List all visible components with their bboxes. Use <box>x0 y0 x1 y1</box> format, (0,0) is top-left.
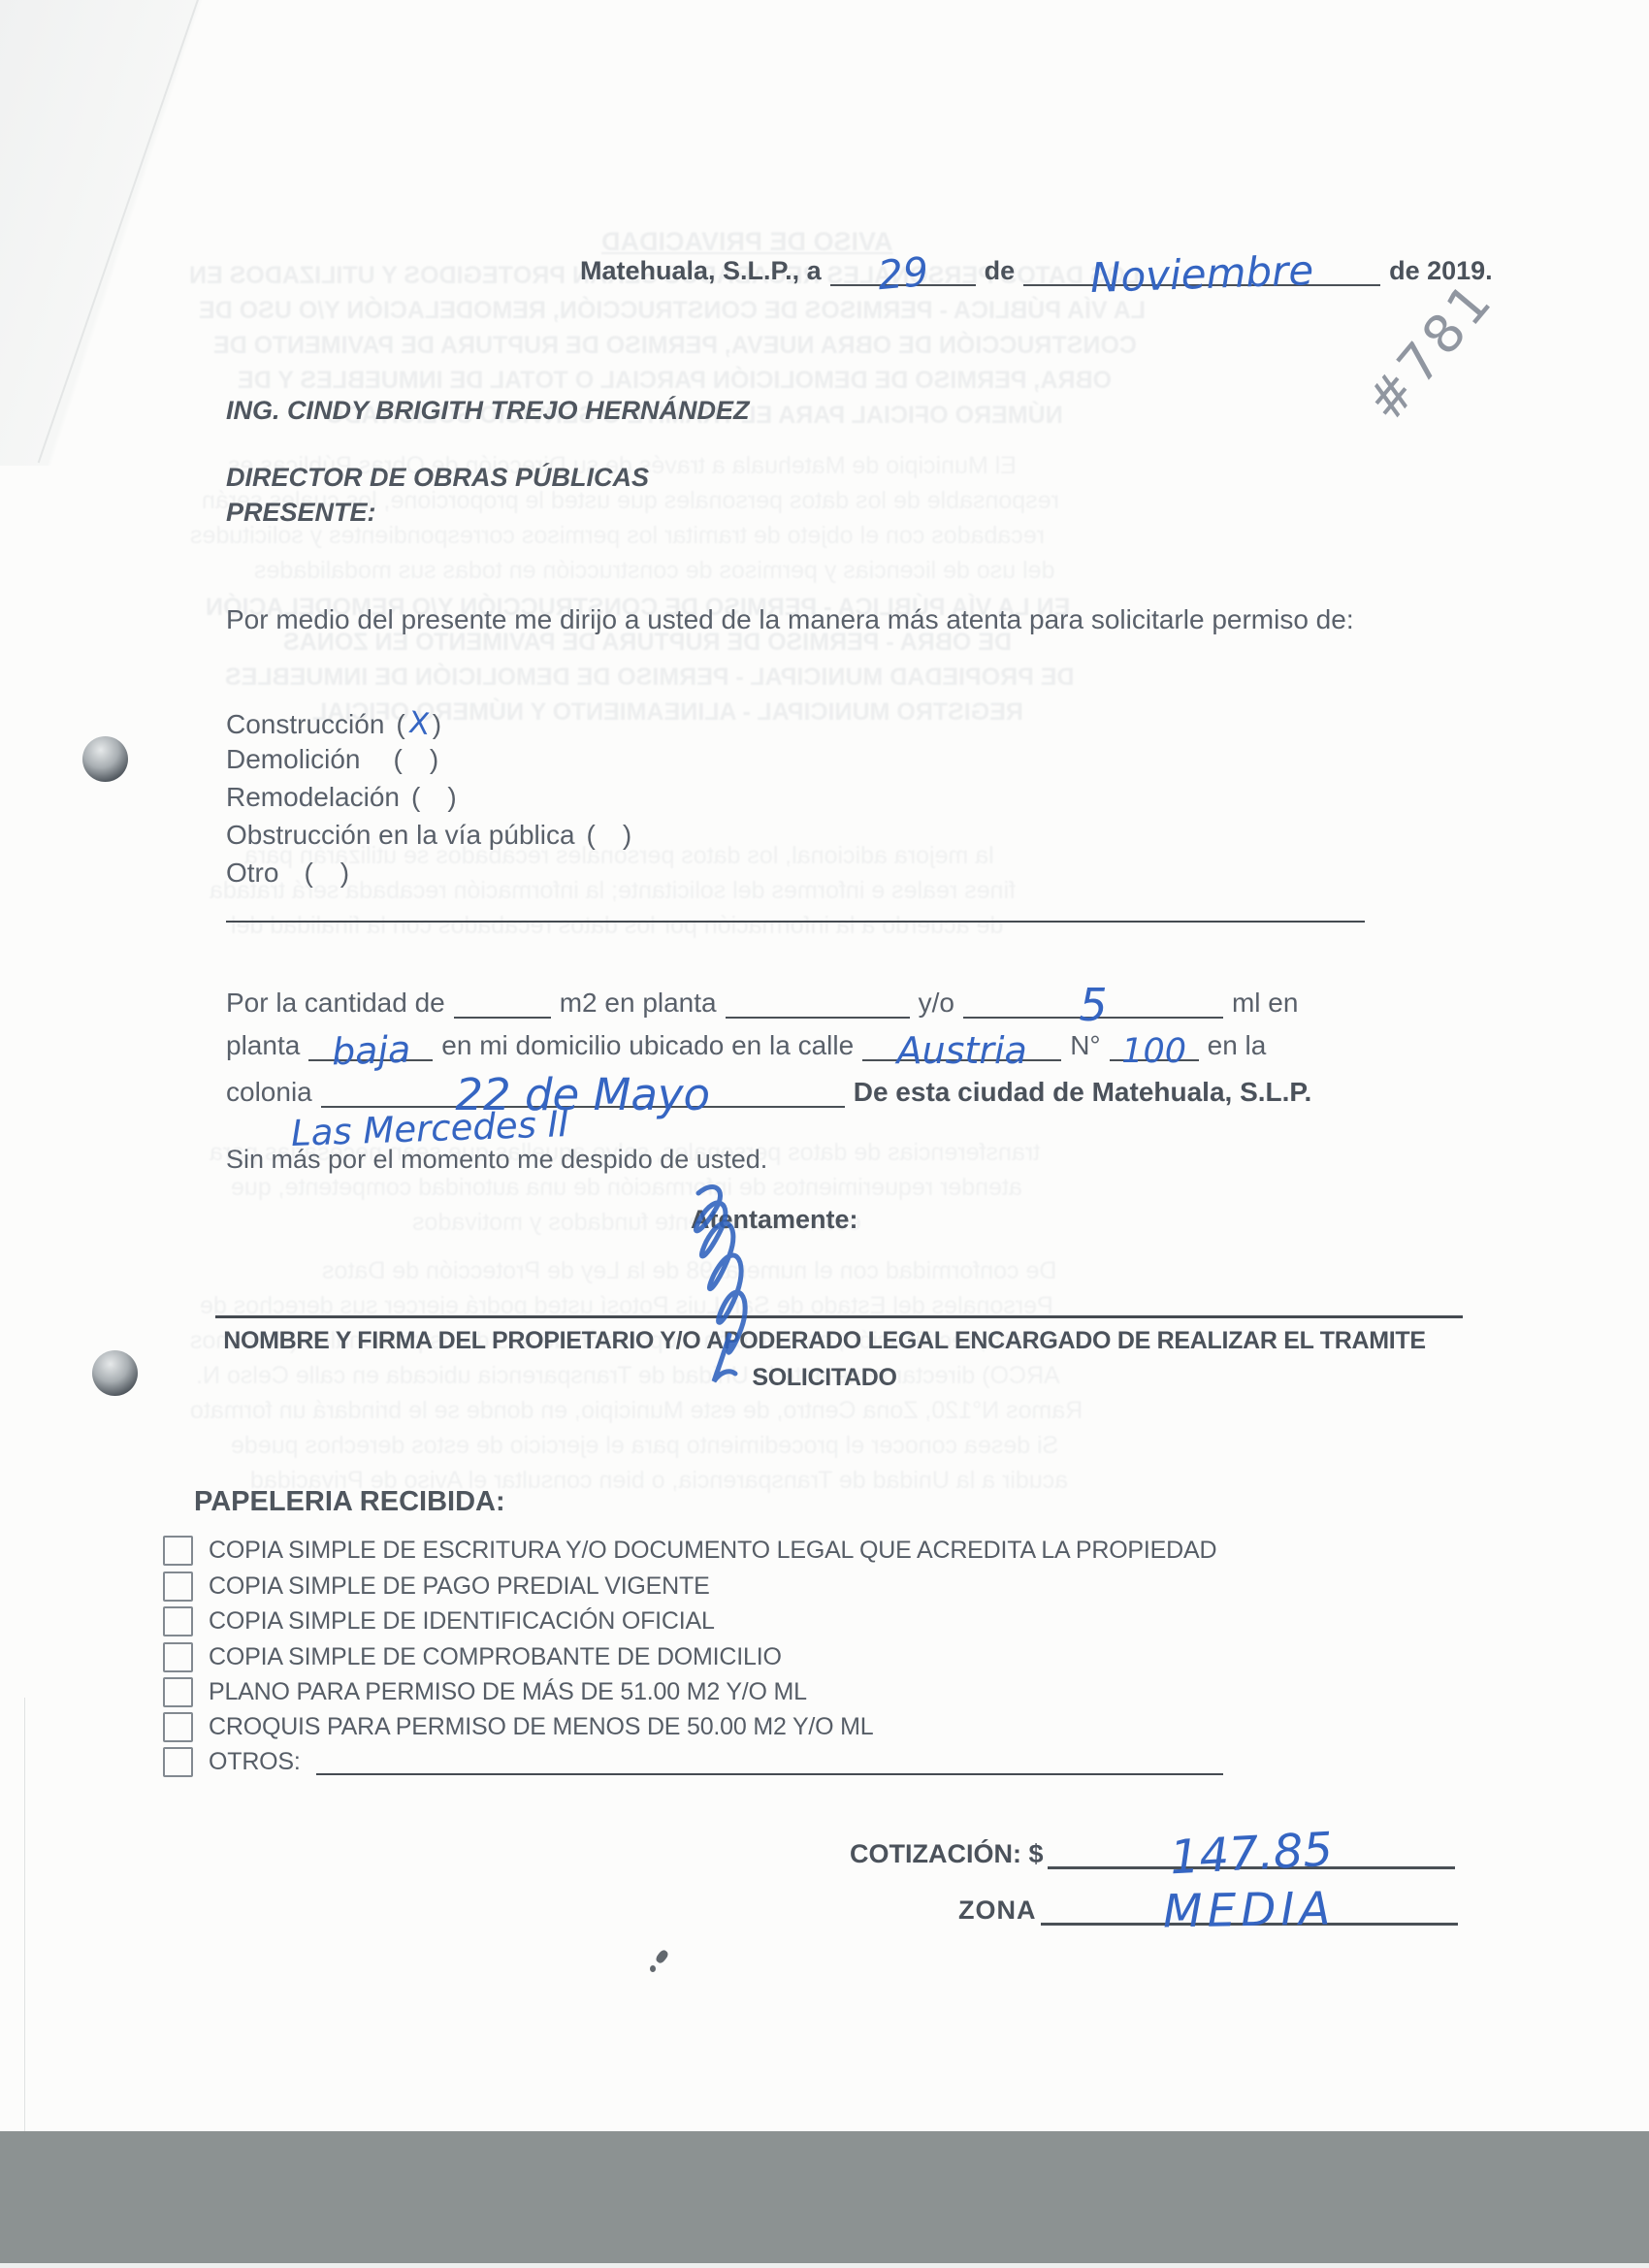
blank-underline <box>226 921 1365 923</box>
checklist-label: OTROS: <box>209 1748 301 1776</box>
handwritten-signature <box>656 1182 784 1390</box>
option-mark <box>420 809 447 812</box>
hole-punch-mark <box>82 736 128 782</box>
checkbox <box>163 1536 193 1566</box>
colonia-label: colonia <box>226 1077 312 1108</box>
bleed-through-line: OBRA, PERMISO DE DEMOLICIÓN PARCIAL O TO… <box>238 367 1112 395</box>
city-label: De esta ciudad de Matehuala, S.L.P. <box>854 1077 1312 1108</box>
option-mark: X <box>404 704 435 742</box>
date-day-value: 29 <box>876 258 929 291</box>
checkbox <box>163 1747 193 1777</box>
numero-field: 100 <box>1110 1040 1199 1061</box>
numero-value: 100 <box>1121 1040 1186 1064</box>
paren-open: ( <box>304 858 312 888</box>
option-checkbox: () <box>394 744 439 774</box>
cotizacion-row: COTIZACIÓN: $ 147.85 <box>850 1837 1455 1869</box>
checklist-item: COPIA SIMPLE DE PAGO PREDIAL VIGENTE <box>163 1571 710 1602</box>
permit-option-demolicion: Demolición() <box>226 744 438 775</box>
option-checkbox: () <box>304 858 349 888</box>
planta-value: baja <box>331 1036 410 1065</box>
checklist-item: COPIA SIMPLE DE IDENTIFICACIÓN OFICIAL <box>163 1606 715 1636</box>
checkbox <box>163 1571 193 1602</box>
calle-value: Austria <box>897 1038 1027 1064</box>
enla-label: en la <box>1208 1030 1267 1061</box>
option-checkbox: () <box>411 782 457 812</box>
bleed-through-line: CONSTRUCCIÓN DE OBRA NUEVA, PERMISO DE R… <box>213 332 1137 360</box>
paren-open: ( <box>394 744 403 774</box>
yo-label: y/o <box>919 988 954 1019</box>
checklist-item: PLANO PARA PERMISO DE MÁS DE 51.00 M2 Y/… <box>163 1677 807 1707</box>
checkbox <box>163 1606 193 1636</box>
checklist-label: PLANO PARA PERMISO DE MÁS DE 51.00 M2 Y/… <box>209 1678 807 1706</box>
bleed-through-line: Ramos N°120, Zona Centro, de este Munici… <box>190 1397 1083 1425</box>
quantity-line-1: Por la cantidad de m2 en planta y/o 5 ml… <box>226 988 1298 1019</box>
zona-value: MEDIA <box>1162 1893 1335 1928</box>
option-label: Otro <box>226 858 278 888</box>
bleed-through-line: de acuerdo a la información por los dato… <box>231 912 1003 940</box>
calle-field: Austria <box>862 1038 1061 1061</box>
numero-label: N° <box>1070 1030 1100 1061</box>
scanned-permit-request-form: AVISO DE PRIVACIDAD LOS DATOS PERSONALES… <box>0 0 1649 2268</box>
bleed-through-line: DE PROPIEDAD MUNICIPAL - PERMISO DE DEMO… <box>225 664 1075 692</box>
closing-line: Sin más por el momento me despido de ust… <box>226 1145 767 1175</box>
planta-alta-field <box>726 1017 910 1019</box>
bleed-through-line: del uso de licencias y permisos de const… <box>254 557 1054 585</box>
planta-field: baja <box>308 1038 433 1061</box>
otros-blank-line <box>316 1750 1223 1775</box>
checklist-label: COPIA SIMPLE DE COMPROBANTE DE DOMICILIO <box>209 1643 782 1671</box>
lead-label: Por la cantidad de <box>226 988 445 1019</box>
option-checkbox: (X) <box>396 709 441 739</box>
checklist-label: COPIA SIMPLE DE PAGO PREDIAL VIGENTE <box>209 1572 710 1601</box>
signature-caption-line1: NOMBRE Y FIRMA DEL PROPIETARIO Y/O APODE… <box>0 1327 1649 1355</box>
addressee-name: ING. CINDY BRIGITH TREJO HERNÁNDEZ <box>226 396 750 426</box>
ml-value: 5 <box>1079 989 1107 1021</box>
checklist-item: COPIA SIMPLE DE ESCRITURA Y/O DOCUMENTO … <box>163 1536 1216 1566</box>
option-checkbox: () <box>587 820 632 850</box>
date-line: Matehuala, S.L.P., a 29 de Noviembre de … <box>580 256 1493 286</box>
checklist-label: COPIA SIMPLE DE ESCRITURA Y/O DOCUMENTO … <box>209 1537 1216 1565</box>
checklist-item-otros: OTROS: <box>163 1747 1223 1777</box>
paren-close: ) <box>623 820 631 850</box>
cotizacion-label: COTIZACIÓN: $ <box>850 1839 1044 1869</box>
colonia-field: 22 de Mayo <box>321 1080 845 1108</box>
option-mark <box>403 771 430 774</box>
paren-close: ) <box>340 858 349 888</box>
checkbox <box>163 1642 193 1672</box>
option-label: Obstrucción en la vía pública <box>226 820 575 850</box>
date-month-field: Noviembre <box>1023 260 1380 286</box>
checklist-label: COPIA SIMPLE DE IDENTIFICACIÓN OFICIAL <box>209 1607 715 1636</box>
ml-field: 5 <box>963 989 1223 1019</box>
zona-field: MEDIA <box>1041 1895 1458 1926</box>
ink-speck <box>650 1965 656 1972</box>
signature-caption-line2: SOLICITADO <box>0 1364 1649 1392</box>
quantity-line-2: planta baja en mi domicilio ubicado en l… <box>226 1030 1266 1061</box>
intro-paragraph: Por medio del presente me dirijo a usted… <box>226 598 1458 642</box>
permit-option-construccion: Construcción(X) <box>226 706 441 740</box>
checkbox <box>163 1677 193 1707</box>
paren-close: ) <box>430 744 438 774</box>
m2-field <box>454 1017 551 1019</box>
paperwork-heading: PAPELERIA RECIBIDA: <box>194 1486 505 1518</box>
scan-bottom-strip <box>0 2263 1649 2268</box>
signature-line <box>215 1315 1463 1318</box>
folio-annotation: #781 <box>1354 269 1505 433</box>
bleed-through-line: AVISO DE PRIVACIDAD <box>601 227 893 257</box>
bleed-through-line: atender requerimientos de información de… <box>231 1174 1022 1202</box>
cotizacion-field: 147.85 <box>1048 1837 1455 1869</box>
checklist-item: COPIA SIMPLE DE COMPROBANTE DE DOMICILIO <box>163 1642 782 1672</box>
option-label: Remodelación <box>226 782 400 812</box>
permit-option-obstruccion: Obstrucción en la vía pública() <box>226 820 631 851</box>
quantity-line-3: colonia 22 de Mayo De esta ciudad de Mat… <box>226 1077 1311 1108</box>
addressee-salutation: PRESENTE: <box>226 498 376 528</box>
option-label: Demolición <box>226 744 361 774</box>
option-label: Construcción <box>226 709 384 739</box>
paper-edge-line <box>24 1698 25 2131</box>
checklist-item: CROQUIS PARA PERMISO DE MENOS DE 50.00 M… <box>163 1712 874 1742</box>
option-mark <box>596 847 623 850</box>
paren-open: ( <box>411 782 420 812</box>
checklist-label: CROQUIS PARA PERMISO DE MENOS DE 50.00 M… <box>209 1713 874 1741</box>
scanner-bed-background <box>0 2131 1649 2263</box>
ink-speck <box>655 1949 670 1965</box>
bleed-through-line: Si desea conocer el procedimiento para e… <box>231 1432 1058 1460</box>
permit-option-otro: Otro() <box>226 858 349 889</box>
domicilio-label: en mi domicilio ubicado en la calle <box>441 1030 854 1061</box>
date-month-value: Noviembre <box>1090 256 1314 293</box>
option-mark <box>313 885 340 888</box>
hole-punch-mark <box>92 1350 138 1396</box>
paren-close: ) <box>447 782 456 812</box>
permit-option-remodelacion: Remodelación() <box>226 782 457 813</box>
date-prefix: Matehuala, S.L.P., a <box>580 256 822 286</box>
date-day-field: 29 <box>830 260 976 286</box>
planta-label: planta <box>226 1030 300 1061</box>
bleed-through-line: LA VÍA PÚBLICA - PERMISOS DE CONSTRUCCIÓ… <box>199 297 1146 325</box>
zona-label: ZONA <box>958 1895 1037 1926</box>
m2-unit-label: m2 en planta <box>560 988 717 1019</box>
date-connector: de <box>985 256 1016 286</box>
date-suffix: de 2019. <box>1389 256 1493 286</box>
paren-open: ( <box>587 820 596 850</box>
zona-row: ZONA MEDIA <box>958 1895 1458 1926</box>
checkbox <box>163 1712 193 1742</box>
ml-unit-label: ml en <box>1232 988 1298 1019</box>
addressee-role: DIRECTOR DE OBRAS PÚBLICAS <box>226 463 649 493</box>
cotizacion-value: 147.85 <box>1169 1833 1334 1875</box>
